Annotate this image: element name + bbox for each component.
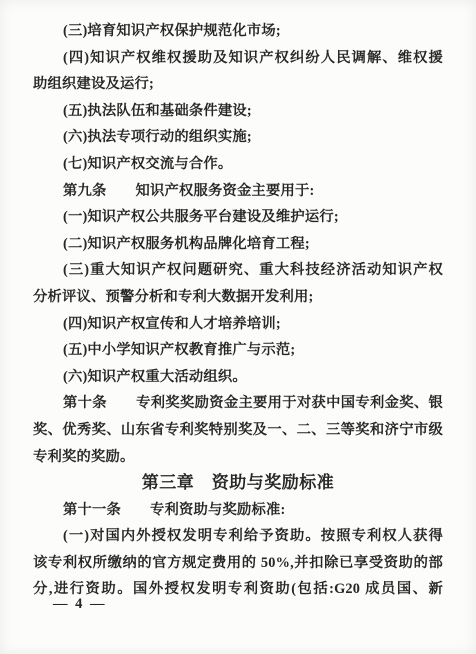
text-line: 第十条 专利奖奖励资金主要用于对获中国专利金奖、银 bbox=[33, 390, 443, 417]
text-line: (六)知识产权重大活动组织。 bbox=[33, 364, 443, 391]
text-line: (五)执法队伍和基础条件建设; bbox=[33, 98, 443, 125]
text-line: 助组织建设及运行; bbox=[33, 71, 443, 98]
text-line: (一)对国内外授权发明专利给予资助。按照专利权人获得 bbox=[33, 523, 443, 550]
text-line: 分析评议、预警分析和专利大数据开发利用; bbox=[33, 284, 443, 311]
text-line: (三)重大知识产权问题研究、重大科技经济活动知识产权 bbox=[33, 257, 443, 284]
page-number: — 4 — bbox=[53, 596, 107, 613]
chapter-heading: 第三章 资助与奖励标准 bbox=[33, 470, 443, 497]
document-body: (三)培育知识产权保护规范化市场;(四)知识产权维权援助及知识产权纠纷人民调解、… bbox=[33, 18, 443, 603]
text-line: (六)执法专项行动的组织实施; bbox=[33, 124, 443, 151]
text-line: (二)知识产权服务机构品牌化培育工程; bbox=[33, 231, 443, 258]
text-line: 第十一条 专利资助与奖励标准: bbox=[33, 497, 443, 524]
text-line: 第九条 知识产权服务资金主要用于: bbox=[33, 178, 443, 205]
text-line: (三)培育知识产权保护规范化市场; bbox=[33, 18, 443, 45]
text-line: (七)知识产权交流与合作。 bbox=[33, 151, 443, 178]
document-page: (三)培育知识产权保护规范化市场;(四)知识产权维权援助及知识产权纠纷人民调解、… bbox=[0, 0, 476, 654]
text-line: 专利奖的奖励。 bbox=[33, 444, 443, 471]
text-line: (四)知识产权维权援助及知识产权纠纷人民调解、维权援 bbox=[33, 45, 443, 72]
text-line: 奖、优秀奖、山东省专利奖特别奖及一、二、三等奖和济宁市级 bbox=[33, 417, 443, 444]
text-line: 该专利权所缴纳的官方规定费用的 50%,并扣除已享受资助的部 bbox=[33, 550, 443, 577]
text-line: (五)中小学知识产权教育推广与示范; bbox=[33, 337, 443, 364]
text-line: (一)知识产权公共服务平台建设及维护运行; bbox=[33, 204, 443, 231]
text-line: (四)知识产权宣传和人才培养培训; bbox=[33, 311, 443, 338]
